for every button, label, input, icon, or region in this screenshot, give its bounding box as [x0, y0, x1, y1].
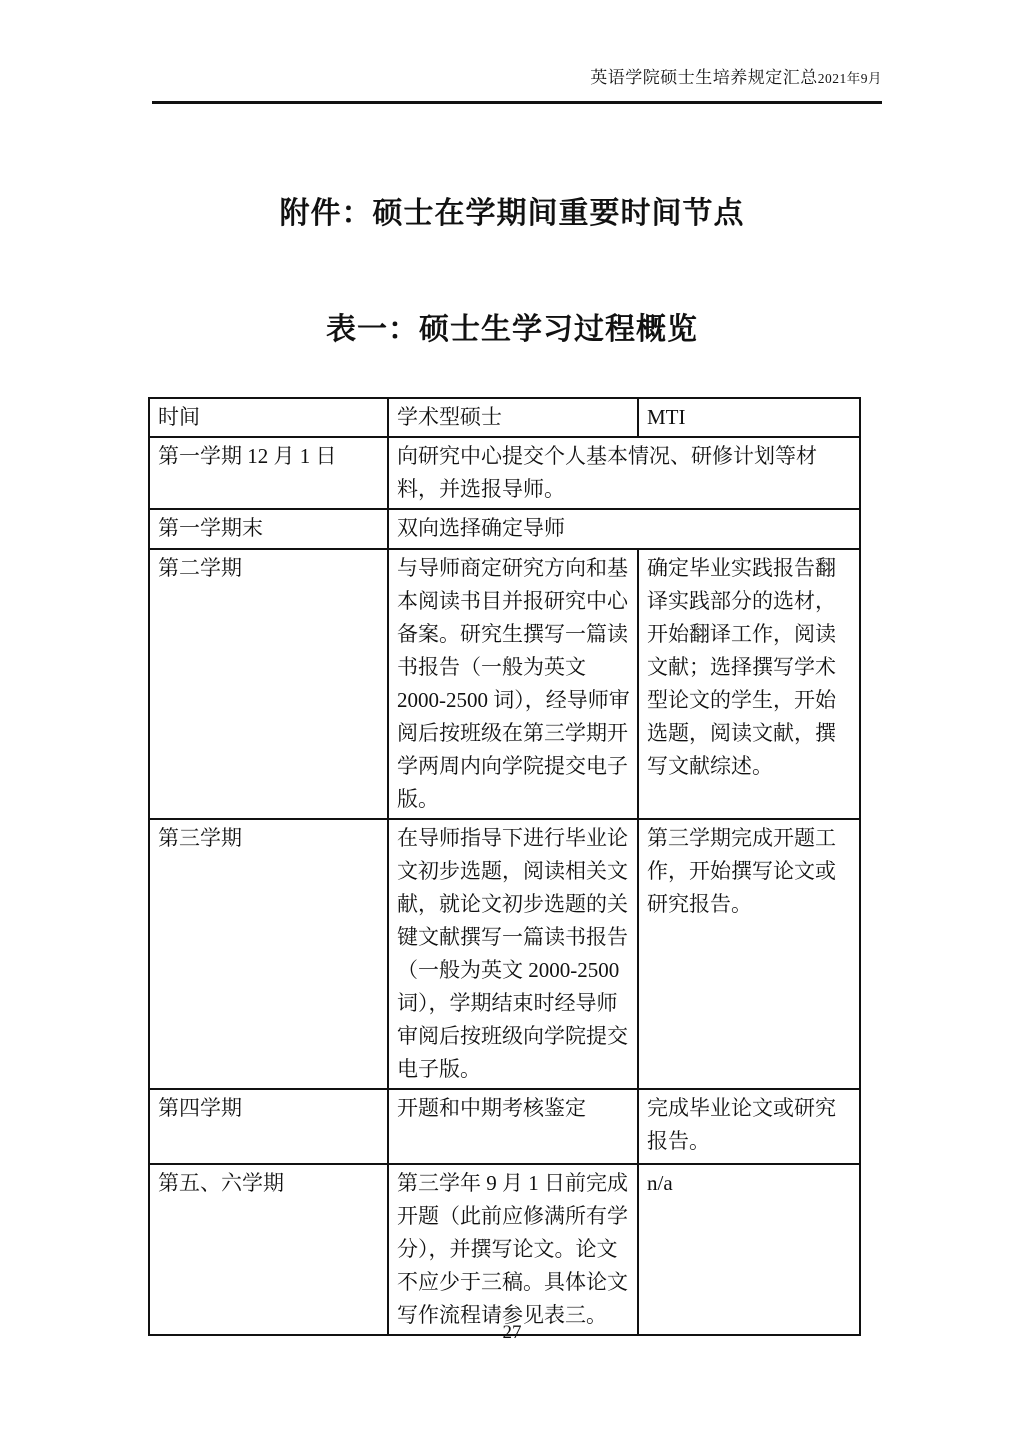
- table-row-semester2: 第二学期 与导师商定研究方向和基本阅读书目并报研究中心备案。研究生撰写一篇读书报…: [149, 549, 860, 819]
- table-row-semester1-end: 第一学期末 双向选择确定导师: [149, 509, 860, 549]
- page-number: 27: [0, 1322, 1024, 1344]
- table-row-semester1-dec1: 第一学期 12 月 1 日 向研究中心提交个人基本情况、研修计划等材料，并选报导…: [149, 437, 860, 509]
- table-row-semester4: 第四学期 开题和中期考核鉴定 完成毕业论文或研究报告。: [149, 1089, 860, 1164]
- cell-academic-semester4: 开题和中期考核鉴定: [388, 1089, 638, 1164]
- cell-mti-semester3: 第三学期完成开题工作，开始撰写论文或研究报告。: [638, 819, 860, 1089]
- cell-mti-semester4: 完成毕业论文或研究报告。: [638, 1089, 860, 1164]
- column-header-academic: 学术型硕士: [388, 398, 638, 437]
- table-row-semester5-6: 第五、六学期 第三学年 9 月 1 日前完成开题（此前应修满所有学分），并撰写论…: [149, 1164, 860, 1335]
- document-header: 英语学院硕士生培养规定汇总2021年9月: [590, 63, 882, 88]
- cell-merged-semester1-dec1: 向研究中心提交个人基本情况、研修计划等材料，并选报导师。: [388, 437, 860, 509]
- cell-mti-semester2: 确定毕业实践报告翻译实践部分的选材，开始翻译工作，阅读文献；选择撰写学术型论文的…: [638, 549, 860, 819]
- header-date-text: 2021年9月: [818, 71, 882, 86]
- cell-time-semester2: 第二学期: [149, 549, 388, 819]
- cell-academic-semester5-6: 第三学年 9 月 1 日前完成开题（此前应修满所有学分），并撰写论文。论文不应少…: [388, 1164, 638, 1335]
- schedule-table: 时间 学术型硕士 MTI 第一学期 12 月 1 日 向研究中心提交个人基本情况…: [148, 397, 861, 1336]
- cell-time-semester1-dec1: 第一学期 12 月 1 日: [149, 437, 388, 509]
- cell-time-semester1-end: 第一学期末: [149, 509, 388, 549]
- cell-merged-semester1-end: 双向选择确定导师: [388, 509, 860, 549]
- table-header-row: 时间 学术型硕士 MTI: [149, 398, 860, 437]
- cell-time-semester4: 第四学期: [149, 1089, 388, 1164]
- document-page: 英语学院硕士生培养规定汇总2021年9月 附件：硕士在学期间重要时间节点 表一：…: [0, 0, 1024, 1447]
- table-title: 表一：硕士生学习过程概览: [0, 304, 1024, 348]
- header-title-text: 英语学院硕士生培养规定汇总: [590, 68, 818, 87]
- cell-academic-semester3: 在导师指导下进行毕业论文初步选题，阅读相关文献，就论文初步选题的关键文献撰写一篇…: [388, 819, 638, 1089]
- cell-mti-semester5-6: n/a: [638, 1164, 860, 1335]
- column-header-time: 时间: [149, 398, 388, 437]
- table-row-semester3: 第三学期 在导师指导下进行毕业论文初步选题，阅读相关文献，就论文初步选题的关键文…: [149, 819, 860, 1089]
- document-title: 附件：硕士在学期间重要时间节点: [0, 188, 1024, 232]
- header-rule-line: [152, 101, 882, 104]
- column-header-mti: MTI: [638, 398, 860, 437]
- cell-time-semester3: 第三学期: [149, 819, 388, 1089]
- cell-time-semester5-6: 第五、六学期: [149, 1164, 388, 1335]
- cell-academic-semester2: 与导师商定研究方向和基本阅读书目并报研究中心备案。研究生撰写一篇读书报告（一般为…: [388, 549, 638, 819]
